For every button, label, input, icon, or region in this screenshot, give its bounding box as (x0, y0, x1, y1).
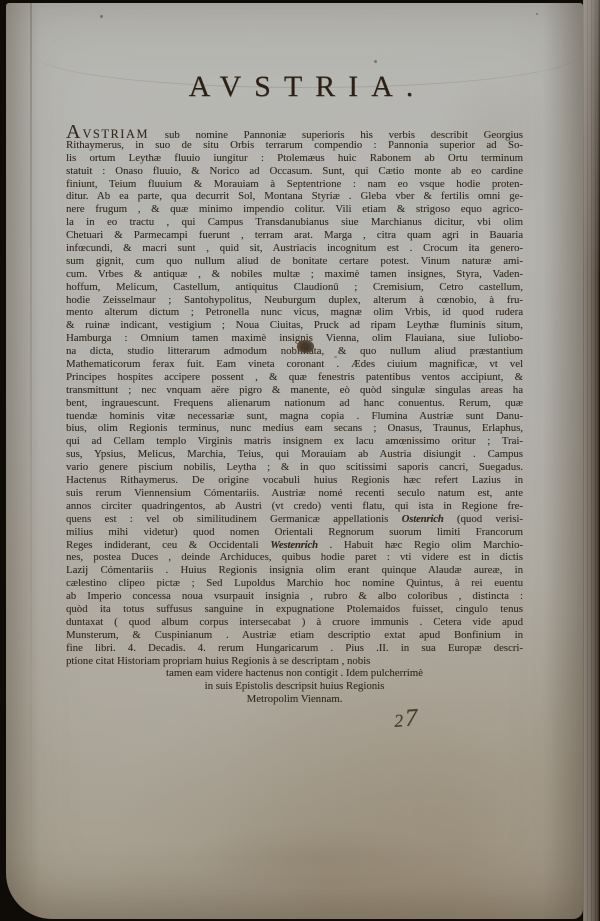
paper-speck (374, 60, 377, 63)
paper-speck (100, 15, 103, 18)
text-line: lis ortum Leythæ fluuio iungitur : Ptole… (66, 152, 523, 165)
page-title: AVSTRIA. (66, 70, 536, 104)
text-line: tuendæ hominis vitæ necessariæ sunt, mag… (66, 410, 523, 423)
text-line: suis rerum Viennensium Cómentariis. Aust… (66, 487, 523, 500)
body-text: AVSTRIAM sub nomine Pannoniæ superioris … (66, 126, 523, 706)
text-line: bent, ingrauescunt. Frequens alienarum n… (66, 397, 523, 410)
text-line: sus, Ypsius, Melicus, Marchia, Teius, qu… (66, 448, 523, 461)
page-stack-edge (583, 0, 600, 921)
paper-speck (536, 13, 538, 15)
text-line: na dicta, studio litterarum admodum nobi… (66, 345, 523, 358)
text-line: cum. Vrbes & antiquæ , & nobiles multæ ;… (66, 268, 523, 281)
text-line: fine libri. 4. Decadis. 4. rerum Hungari… (66, 642, 523, 655)
paper-speck (334, 356, 337, 358)
text-line: ditur. Ab ea parte, qua decurrit Sol, Mo… (66, 190, 523, 203)
text-line: & ruinæ indicant, vestigium ; Noua Ciuit… (66, 319, 523, 332)
text-line: finiunt, Teium fluuium & Morauiam à Sept… (66, 178, 523, 191)
text-line: AVSTRIAM sub nomine Pannoniæ superioris … (66, 126, 523, 139)
text-line: ptione citat Historiam propriam huius Re… (66, 655, 523, 668)
text-line: Munsterum, & Cuspinianum . Austriæ etiam… (66, 629, 523, 642)
text-line: infœcundi, & macri sunt , quid sit, Aust… (66, 242, 523, 255)
text-line: Hactenus Rithaymerus. De origine vocabul… (66, 474, 523, 487)
text-line: Hamburga : Omnium tamen maximè insignis … (66, 332, 523, 345)
text-line: hoffum, Melicum, Castellum, antiquitus C… (66, 281, 523, 294)
text-line: in suis Epistolis descripsit huius Regio… (66, 680, 523, 693)
text-line: statuit : Onaso fluuio, & Norico ad Occa… (66, 165, 523, 178)
text-line: quòd ita totus suffusus sanguine in expu… (66, 603, 523, 616)
book-photo-background: AVSTRIA. AVSTRIAM sub nomine Pannoniæ su… (0, 0, 600, 921)
text-line: la in eo tractu , qui Campus Transdanubi… (66, 216, 523, 229)
text-line: Lazij Cómentariis . Huius Regionis insig… (66, 564, 523, 577)
text-line: ab Imperio concessa noua vsurpauit insig… (66, 590, 523, 603)
paper-stain (186, 823, 446, 893)
text-line: annos circiter quadringentos, ab Austri … (66, 500, 523, 513)
text-line: nes, postea Duces , deinde Archiduces, q… (66, 551, 523, 564)
text-line: sum gignit, cum quo nullum aliud de boni… (66, 255, 523, 268)
text-segment-blackletter: Westenrich (270, 539, 318, 551)
text-line: Principes hospites accipere possent , & … (66, 371, 523, 384)
text-line: Reges indiderant, ceu & Occidentali West… (66, 539, 523, 552)
text-line: Rithaymerus, in suo de situ Orbis terrar… (66, 139, 523, 152)
text-line: bius, olim Regionis terminus, nunc mediu… (66, 422, 523, 435)
text-segment-blackletter: Ostenrich (402, 513, 444, 525)
text-line: Chetuari & Parmecampi fuerunt , terram a… (66, 229, 523, 242)
text-line: quens est : vel ob similitudinem Germani… (66, 513, 523, 526)
text-line: nere frugum , & quæ minimo impendio coli… (66, 203, 523, 216)
text-line: transmittunt ; nec vnquam aëre pigro & m… (66, 384, 523, 397)
text-line: Mathematicorum ferax fuit. Eam vineta co… (66, 358, 523, 371)
text-line: qui ad Cellam templo Virginis matris ins… (66, 435, 523, 448)
text-line: vario genere piscium nobilis, Leytha ; &… (66, 461, 523, 474)
gutter-fold-line (30, 3, 32, 919)
text-line: tamen eam videre hactenus non contigit .… (66, 667, 523, 680)
text-line: duntaxat ( quod album corpus intersecaba… (66, 616, 523, 629)
text-line: cælestino clipeo pictæ ; Sed Lupoldus Ma… (66, 577, 523, 590)
text-line: Metropolim Viennam. (66, 693, 523, 706)
text-line: hodie Zeisselmaur ; Santohypolitus, Neub… (66, 294, 523, 307)
text-line: mento alterum dictum ; Petronella nunc v… (66, 306, 523, 319)
text-line: milius mihi videtur) quod nomen Oriental… (66, 526, 523, 539)
handwritten-page-number: 27 (393, 704, 420, 734)
